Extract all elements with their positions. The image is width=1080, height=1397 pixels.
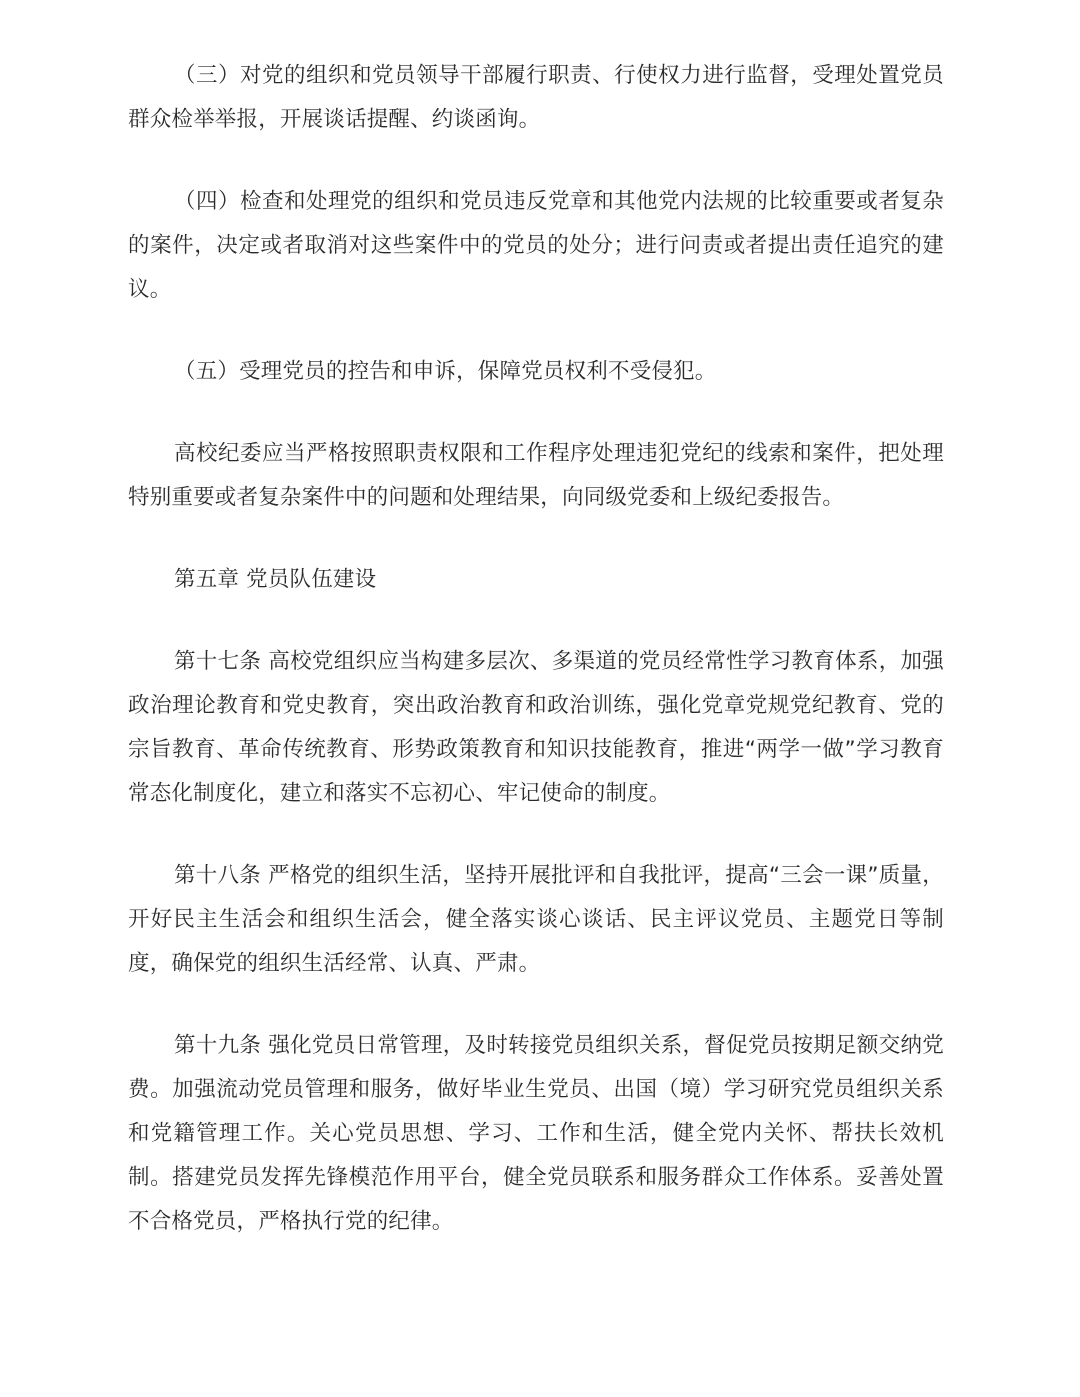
article-nineteen: 第十九条 强化党员日常管理，及时转接党员组织关系，督促党员按期足额交纳党费。加强… [128, 1024, 944, 1244]
chapter-five-heading: 第五章 党员队伍建设 [128, 558, 944, 602]
article-seventeen: 第十七条 高校党组织应当构建多层次、多渠道的党员经常性学习教育体系，加强政治理论… [128, 640, 944, 816]
article-eighteen: 第十八条 严格党的组织生活，坚持开展批评和自我批评，提高“三会一课”质量，开好民… [128, 854, 944, 986]
clause-five: （五）受理党员的控告和申诉，保障党员权利不受侵犯。 [128, 350, 944, 394]
document-body: （三）对党的组织和党员领导干部履行职责、行使权力进行监督，受理处置党员群众检举举… [128, 54, 944, 1282]
discipline-reporting-paragraph: 高校纪委应当严格按照职责权限和工作程序处理违犯党纪的线索和案件，把处理特别重要或… [128, 432, 944, 520]
clause-four: （四）检查和处理党的组织和党员违反党章和其他党内法规的比较重要或者复杂的案件，决… [128, 180, 944, 312]
clause-three: （三）对党的组织和党员领导干部履行职责、行使权力进行监督，受理处置党员群众检举举… [128, 54, 944, 142]
